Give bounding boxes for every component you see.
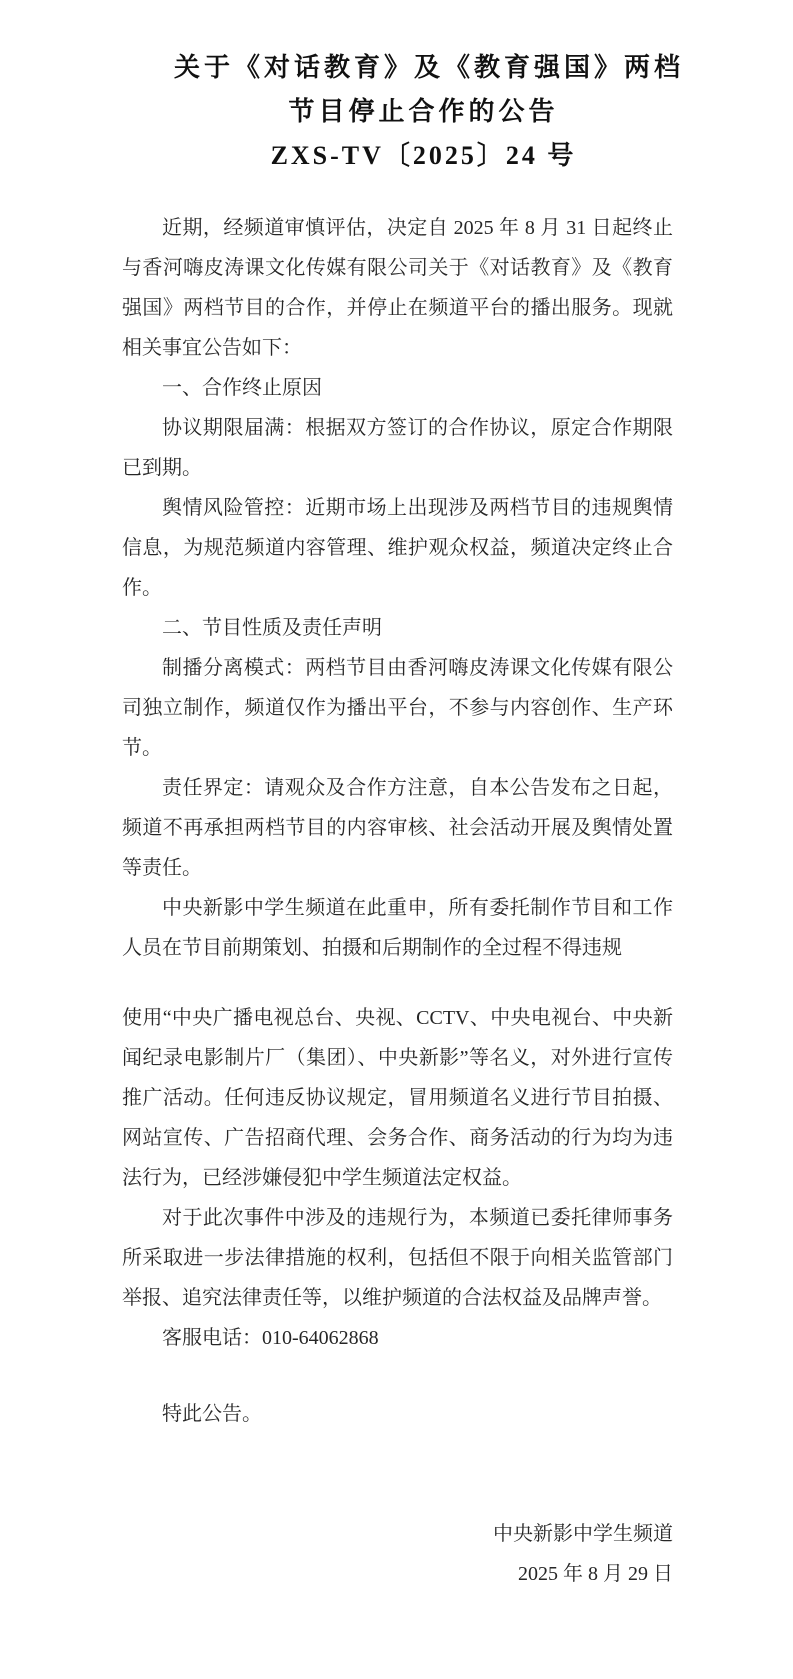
title-line-1: 关于《对话教育》及《教育强国》两档 — [174, 46, 673, 90]
signature-organization: 中央新影中学生频道 — [122, 1514, 673, 1554]
section-heading-1: 一、合作终止原因 — [122, 368, 673, 408]
title-line-2: 节目停止合作的公告 — [174, 90, 673, 134]
paragraph-production-model: 制播分离模式：两档节目由香河嗨皮涛课文化传媒有限公司独立制作，频道仅作为播出平台… — [122, 648, 673, 768]
paragraph-reaffirm: 中央新影中学生频道在此重申，所有委托制作节目和工作人员在节目前期策划、拍摄和后期… — [122, 888, 673, 968]
paragraph-agreement-expiry: 协议期限届满：根据双方签订的合作协议，原定合作期限已到期。 — [122, 408, 673, 488]
paragraph-service-phone: 客服电话：010-64062868 — [122, 1318, 673, 1358]
paragraph-closing: 特此公告。 — [122, 1394, 673, 1434]
paragraph-legal-action: 对于此次事件中涉及的违规行为，本频道已委托律师事务所采取进一步法律措施的权利，包… — [122, 1198, 673, 1318]
document-title: 关于《对话教育》及《教育强国》两档 节目停止合作的公告 ZXS-TV〔2025〕… — [122, 46, 673, 178]
signature-block: 中央新影中学生频道 2025 年 8 月 29 日 — [122, 1514, 673, 1594]
paragraph-responsibility: 责任界定：请观众及合作方注意，自本公告发布之日起，频道不再承担两档节目的内容审核… — [122, 768, 673, 888]
section-heading-2: 二、节目性质及责任声明 — [122, 608, 673, 648]
document-body: 近期，经频道审慎评估，决定自 2025 年 8 月 31 日起终止与香河嗨皮涛课… — [122, 208, 673, 1434]
paragraph-risk-control: 舆情风险管控：近期市场上出现涉及两档节目的违规舆情信息，为规范频道内容管理、维护… — [122, 488, 673, 608]
signature-date: 2025 年 8 月 29 日 — [122, 1554, 673, 1594]
paragraph-name-misuse: 使用“中央广播电视总台、央视、CCTV、中央电视台、中央新闻纪录电影制片厂（集团… — [122, 998, 673, 1198]
document-number: ZXS-TV〔2025〕24 号 — [174, 134, 673, 178]
paragraph-intro: 近期，经频道审慎评估，决定自 2025 年 8 月 31 日起终止与香河嗨皮涛课… — [122, 208, 673, 368]
announcement-document: 关于《对话教育》及《教育强国》两档 节目停止合作的公告 ZXS-TV〔2025〕… — [0, 0, 793, 1679]
